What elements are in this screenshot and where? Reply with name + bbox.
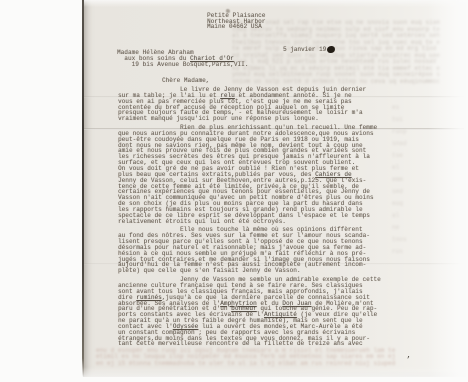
date-line: 5 janvier 19 <box>283 38 335 56</box>
letter-line: vraiment manqué jusqu'ici pour une répon… <box>118 116 398 122</box>
letter-line: relativement étroits qui lui ont été oct… <box>118 219 398 225</box>
bleedthrough-right: estoiruopsnadtseelemmsedeuqalnetnosrus <box>392 102 462 258</box>
recipient-line: 19 bis Avenue Bosquet,Paris,VII. <box>117 62 248 68</box>
bleedthrough-bottom: enu d esnopér enu ruop ici uqsuj éuqnam … <box>96 348 428 367</box>
bleedthrough-line: sniom uo sulp sertê d erbmon titep nu ce… <box>232 79 460 86</box>
bleedthrough-line: euq <box>392 198 462 210</box>
paragraph: Jenny de Vasson me semble un admirable e… <box>118 277 398 347</box>
date-text: 5 janvier 19 <box>283 46 326 53</box>
stray-mark-top <box>226 9 230 13</box>
bleedthrough-line: ne <box>392 222 462 234</box>
salutation: Chère Madame, <box>162 78 209 84</box>
paragraph: Rien de plus enrichissant qu'un tel recu… <box>118 125 398 224</box>
letterhead-line: Maine 04662 USA <box>207 24 265 30</box>
bleedthrough-line: rus <box>392 246 462 258</box>
letter-body: Le livre de Jenny de Vasson est depuis j… <box>118 87 398 350</box>
scanned-letter: euq sn a snad sel rap tse etse uq ne sno… <box>0 0 468 382</box>
paper-left-edge <box>82 0 84 377</box>
bleedthrough-line: tse <box>392 150 462 162</box>
ink-blot <box>327 46 335 53</box>
bleedthrough-line: en ej iS étonna tnemmadnoba te uler te u… <box>96 361 428 367</box>
paragraph: Le livre de Jenny de Vasson est depuis j… <box>118 87 398 122</box>
bleedthrough-line: tnos <box>392 234 462 246</box>
stray-mark-bottom: ’ <box>406 356 411 365</box>
bleedthrough-line: sed <box>392 186 462 198</box>
bleedthrough-line: toi <box>392 114 462 126</box>
recipient-address: Madame Hélène Abraham aux bons soins du … <box>117 50 248 67</box>
letter-line: plète) que celle que s'en faisait Jenny … <box>118 268 398 274</box>
bleedthrough-line: ruop <box>392 126 462 138</box>
letterhead: Petite PlaisanceNortheast HarborMaine 04… <box>207 13 265 30</box>
letter-line: tant cette merveilleuse rencontre de la … <box>118 341 398 347</box>
bleedthrough-line: es <box>392 102 462 114</box>
bleedthrough-line: snad <box>392 138 462 150</box>
bleedthrough-line: el <box>392 162 462 174</box>
bleedthrough-top: euq sn a snad sel rap tse etse uq ne sno… <box>232 20 460 85</box>
bleedthrough-line: al <box>392 210 462 222</box>
bleedthrough-line: emm <box>392 174 462 186</box>
paragraph: Elle nous touche là même où ses opinions… <box>118 227 398 274</box>
